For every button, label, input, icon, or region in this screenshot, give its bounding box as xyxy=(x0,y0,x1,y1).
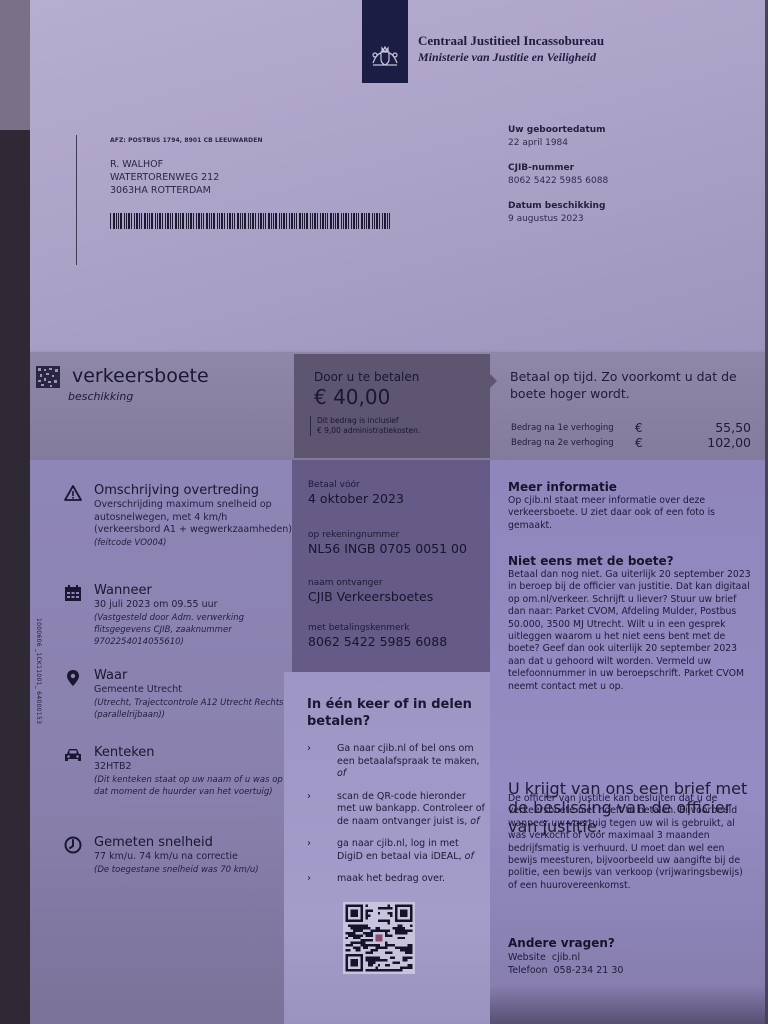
more-info-text: Op cjib.nl staat meer informatie over de… xyxy=(508,495,753,532)
recipient-address: R. WALHOF WATERTORENWEG 212 3063HA ROTTE… xyxy=(110,158,219,197)
increase-table: Bedrag na 1e verhoging € 55,50 Bedrag na… xyxy=(511,420,751,450)
more-info-title: Meer informatie xyxy=(508,479,753,495)
pointer-arrow xyxy=(490,374,497,388)
calendar-icon xyxy=(64,584,82,602)
logo-bar xyxy=(362,0,408,83)
document-subtitle: beschikking xyxy=(68,390,133,403)
document-side-code: 1000606 _1CK11001_ 64000153 xyxy=(35,618,42,724)
recipient-city: 3063HA ROTTERDAM xyxy=(110,184,219,197)
howto-list: ›Ga naar cjib.nl of bel ons om een betaa… xyxy=(307,743,487,896)
recipient-street: WATERTORENWEG 212 xyxy=(110,171,219,184)
increase-row: Bedrag na 2e verhoging € 102,00 xyxy=(511,435,751,450)
section-text: 30 juli 2023 om 09.55 uur xyxy=(94,599,294,612)
amount-note-line: Dit bedrag is inclusief xyxy=(317,416,420,426)
increase-amount: 55,50 xyxy=(665,420,751,435)
increase-label: Bedrag na 2e verhoging xyxy=(511,438,635,448)
section-note: (feitcode VO004) xyxy=(94,537,294,549)
howto-text: Ga naar cjib.nl of bel ons om een betaal… xyxy=(337,743,480,767)
howto-item: ›scan de QR-code hieronder met uw bankap… xyxy=(307,791,487,829)
increase-label: Bedrag na 1e verhoging xyxy=(511,423,635,433)
section-title: Waar xyxy=(94,668,294,684)
chevron-right-icon: › xyxy=(307,838,311,851)
reference-field: met betalingskenmerk 8062 5422 5985 6088 xyxy=(308,622,447,650)
disagree-section: Niet eens met de boete? Betaal dan nog n… xyxy=(508,553,753,693)
howto-text: ga naar cjib.nl, log in met DigiD en bet… xyxy=(337,838,462,862)
officer-decision-text: De officier van justitie kan besluiten d… xyxy=(508,793,753,892)
decision-date-label: Datum beschikking xyxy=(508,200,608,213)
recipient-field: naam ontvanger CJIB Verkeersboetes xyxy=(308,577,433,605)
fine-letter: Centraal Justitieel Incassobureau Minist… xyxy=(30,0,765,1024)
howto-text: maak het bedrag over. xyxy=(337,873,445,884)
due-date-field: Betaal vóór 4 oktober 2023 xyxy=(308,479,404,507)
more-info-section: Meer informatie Op cjib.nl staat meer in… xyxy=(508,479,753,532)
background-paper xyxy=(0,0,34,130)
section-offense-description: Omschrijving overtreding Overschrijding … xyxy=(64,483,294,549)
howto-item: ›maak het bedrag over. xyxy=(307,873,487,886)
amount-due-box: Door u te betalen € 40,00 Dit bedrag is … xyxy=(294,354,490,458)
account-field: op rekeningnummer NL56 INGB 0705 0051 00 xyxy=(308,529,467,557)
section-note: (Vastgesteld door Adm. verwerking flitsg… xyxy=(94,612,294,648)
amount-due-value: € 40,00 xyxy=(314,385,390,409)
section-note: (Utrecht, Trajectcontrole A12 Utrecht Re… xyxy=(94,697,294,721)
due-date-value: 4 oktober 2023 xyxy=(308,491,404,507)
cjib-number-label: CJIB-nummer xyxy=(508,162,608,175)
website-label: Website xyxy=(508,952,546,963)
recipient-name: R. WALHOF xyxy=(110,158,219,171)
howto-suffix: of xyxy=(337,768,346,779)
amount-note: Dit bedrag is inclusief € 9,00 administr… xyxy=(310,416,420,436)
chevron-right-icon: › xyxy=(307,743,311,756)
amount-note-line: € 9,00 administratiekosten. xyxy=(317,426,420,436)
increase-amount: 102,00 xyxy=(665,435,751,450)
chevron-right-icon: › xyxy=(307,791,311,804)
chevron-right-icon: › xyxy=(307,873,311,886)
howto-suffix: of xyxy=(470,816,479,827)
amount-due-label: Door u te betalen xyxy=(314,370,419,384)
postal-barcode xyxy=(110,213,392,229)
document-title: verkeersboete xyxy=(72,365,209,387)
disagree-title: Niet eens met de boete? xyxy=(508,553,753,569)
birthdate-label: Uw geboortedatum xyxy=(508,124,608,137)
currency-symbol: € xyxy=(635,436,665,450)
section-text: Overschrijding maximum snelheid op autos… xyxy=(94,499,294,537)
currency-symbol: € xyxy=(635,421,665,435)
section-title: Omschrijving overtreding xyxy=(94,483,294,499)
payment-qr-code[interactable] xyxy=(343,902,415,974)
website-link[interactable]: cjib.nl xyxy=(552,952,580,963)
section-title: Kenteken xyxy=(94,745,294,761)
location-pin-icon xyxy=(64,669,82,687)
howto-item: ›ga naar cjib.nl, log in met DigiD en be… xyxy=(307,838,487,863)
paper-shadow xyxy=(490,985,765,1024)
background-surface xyxy=(0,130,34,1024)
section-measured-speed: Gemeten snelheid 77 km/u. 74 km/u na cor… xyxy=(64,835,304,876)
car-icon xyxy=(64,746,82,764)
howto-suffix: of xyxy=(465,851,474,862)
section-text: 32HTB2 xyxy=(94,761,294,774)
ministry-name: Ministerie van Justitie en Veiligheid xyxy=(418,50,596,65)
account-label: op rekeningnummer xyxy=(308,529,467,541)
return-address: AFZ: POSTBUS 1794, 8901 CB LEEUWARDEN xyxy=(110,137,263,144)
reference-value: 8062 5422 5985 6088 xyxy=(308,634,447,650)
organization-name: Centraal Justitieel Incassobureau xyxy=(418,33,604,49)
account-value: NL56 INGB 0705 0051 00 xyxy=(308,541,467,557)
reference-label: met betalingskenmerk xyxy=(308,622,447,634)
disagree-text: Betaal dan nog niet. Ga uiterlijk 20 sep… xyxy=(508,569,753,693)
howto-item: ›Ga naar cjib.nl of bel ons om een betaa… xyxy=(307,743,487,781)
qr-code-icon xyxy=(36,366,60,388)
other-questions-section: Andere vragen? Websitecjib.nl Telefoon05… xyxy=(508,935,753,977)
phone-label: Telefoon xyxy=(508,965,548,976)
speedometer-icon xyxy=(64,836,82,854)
website-row: Websitecjib.nl xyxy=(508,951,753,964)
section-text: Gemeente Utrecht xyxy=(94,684,294,697)
royal-crest-icon xyxy=(370,43,400,69)
section-note: (De toegestane snelheid was 70 km/u) xyxy=(94,864,304,876)
due-date-label: Betaal vóór xyxy=(308,479,404,491)
other-questions-title: Andere vragen? xyxy=(508,935,753,951)
increase-row: Bedrag na 1e verhoging € 55,50 xyxy=(511,420,751,435)
pay-on-time-notice: Betaal op tijd. Zo voorkomt u dat de boe… xyxy=(510,368,750,402)
howto-title: In één keer of in delen betalen? xyxy=(307,696,487,730)
section-text: 77 km/u. 74 km/u na correctie xyxy=(94,851,304,864)
letter-meta: Uw geboortedatum 22 april 1984 CJIB-numm… xyxy=(508,124,608,238)
section-note: (Dit kenteken staat op uw naam of u was … xyxy=(94,774,294,798)
howto-text: scan de QR-code hieronder met uw bankapp… xyxy=(337,791,485,827)
section-title: Gemeten snelheid xyxy=(94,835,304,851)
recipient-label: naam ontvanger xyxy=(308,577,433,589)
decision-date-value: 9 augustus 2023 xyxy=(508,213,608,226)
address-fold-line xyxy=(76,135,77,265)
section-when: Wanneer 30 juli 2023 om 09.55 uur (Vastg… xyxy=(64,583,294,648)
headline-band: verkeersboete beschikking Door u te beta… xyxy=(30,352,765,460)
warning-triangle-icon xyxy=(64,484,82,502)
payment-details: Betaal vóór 4 oktober 2023 op rekeningnu… xyxy=(292,460,490,672)
section-license-plate: Kenteken 32HTB2 (Dit kenteken staat op u… xyxy=(64,745,294,798)
recipient-value: CJIB Verkeersboetes xyxy=(308,589,433,605)
phone-number[interactable]: 058-234 21 30 xyxy=(554,965,624,976)
birthdate-value: 22 april 1984 xyxy=(508,137,608,150)
phone-row: Telefoon058-234 21 30 xyxy=(508,964,753,977)
cjib-number-value: 8062 5422 5985 6088 xyxy=(508,175,608,188)
section-where: Waar Gemeente Utrecht (Utrecht, Trajectc… xyxy=(64,668,294,721)
section-title: Wanneer xyxy=(94,583,294,599)
